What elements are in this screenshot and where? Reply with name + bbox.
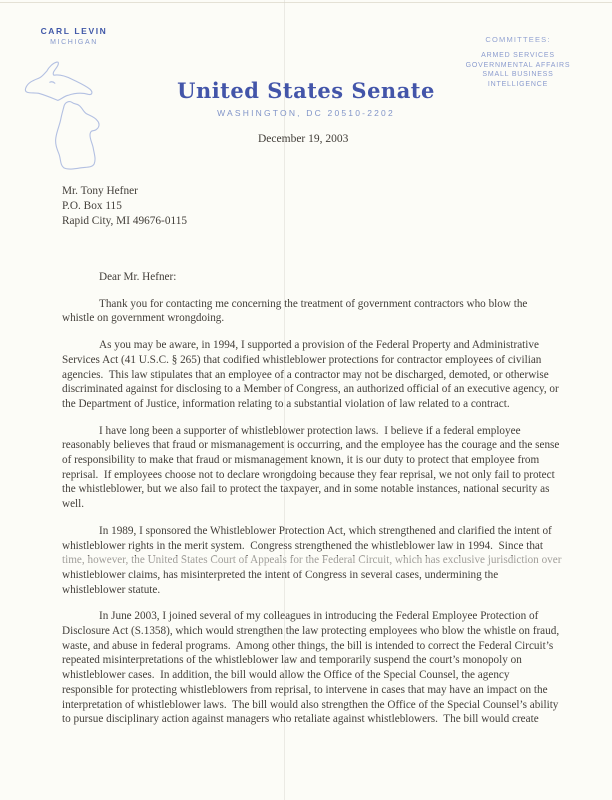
committee-item: SMALL BUSINESS — [438, 70, 598, 80]
committee-item: ARMED SERVICES — [438, 51, 598, 61]
recipient-address-line2: Rapid City, MI 49676-0115 — [62, 214, 187, 229]
scanned-letter-page: CARL LEVIN MICHIGAN United States Senate… — [0, 0, 612, 800]
committees-block: COMMITTEES: ARMED SERVICES GOVERNMENTAL … — [438, 35, 598, 89]
committees-heading: COMMITTEES: — [438, 35, 598, 44]
letter-date: December 19, 2003 — [258, 133, 348, 145]
recipient-name: Mr. Tony Hefner — [62, 184, 187, 199]
paragraph: In June 2003, I joined several of my col… — [62, 609, 562, 727]
committee-item: GOVERNMENTAL AFFAIRS — [438, 61, 598, 71]
recipient-address-block: Mr. Tony Hefner P.O. Box 115 Rapid City,… — [62, 184, 187, 228]
senate-address: WASHINGTON, DC 20510-2202 — [0, 108, 612, 118]
paragraph: As you may be aware, in 1994, I supporte… — [62, 338, 562, 412]
scan-top-edge-artifact — [0, 2, 612, 3]
paragraph: I have long been a supporter of whistleb… — [62, 424, 562, 512]
senator-block: CARL LEVIN MICHIGAN — [28, 26, 120, 46]
committee-list: ARMED SERVICES GOVERNMENTAL AFFAIRS SMAL… — [438, 51, 598, 89]
recipient-address-line1: P.O. Box 115 — [62, 199, 187, 214]
senator-state: MICHIGAN — [28, 39, 120, 46]
letter-body: Dear Mr. Hefner: Thank you for contactin… — [62, 258, 562, 727]
senator-name: CARL LEVIN — [28, 26, 120, 36]
committee-item: INTELLIGENCE — [438, 80, 598, 90]
paragraph: In 1989, I sponsored the Whistleblower P… — [62, 524, 562, 598]
salutation: Dear Mr. Hefner: — [62, 270, 562, 285]
paragraph: Thank you for contacting me concerning t… — [62, 297, 562, 326]
